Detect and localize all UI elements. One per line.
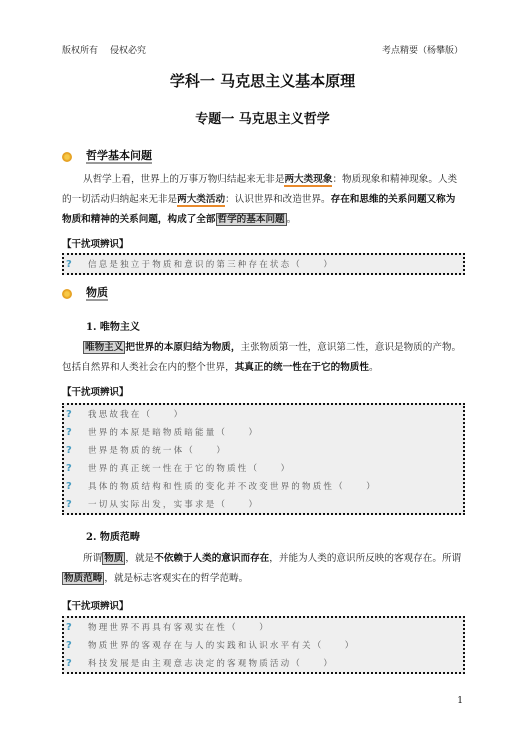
item-text: 科技发展是由主观意志决定的客观物质活动（ ） bbox=[88, 657, 334, 669]
text: 从哲学上看，世界上的万事万物归结起来无非是 bbox=[83, 174, 284, 185]
sun-bullet-icon bbox=[62, 152, 72, 162]
item-text: 物质世界的客观存在与人的实践和认识水平有关（ ） bbox=[88, 639, 356, 651]
document-subtitle: 专题一 马克思主义哲学 bbox=[0, 108, 525, 127]
header-right: 考点精要（杨攀版） bbox=[382, 43, 463, 56]
interference-item: ?信息是独立于物质和意识的第三种存在状态（ ） bbox=[64, 255, 463, 273]
question-mark-icon: ? bbox=[66, 481, 75, 492]
copyright-text: 版权所有 bbox=[62, 46, 98, 56]
item-text: 世界的真正统一性在于它的物质性（ ） bbox=[88, 462, 291, 474]
highlighted-term: 物质 bbox=[102, 552, 125, 565]
interference-label: 【干扰项辨识】 bbox=[62, 236, 129, 250]
interference-item: ?一切从实际出发，实事求是（ ） bbox=[64, 495, 463, 513]
text: ，并能为人类的意识所反映的客观存在。所谓 bbox=[269, 553, 461, 564]
bold-text: 不依赖于人类的意识而存在 bbox=[154, 553, 269, 564]
question-mark-icon: ? bbox=[66, 445, 75, 456]
interference-item: ?物质世界的客观存在与人的实践和认识水平有关（ ） bbox=[64, 636, 463, 654]
question-mark-icon: ? bbox=[66, 463, 75, 474]
bold-text: 其真正的统一性在于它的物质性 bbox=[235, 362, 369, 373]
text: 所谓 bbox=[83, 553, 102, 564]
item-text: 信息是独立于物质和意识的第三种存在状态（ ） bbox=[88, 258, 334, 270]
interference-item: ?具体的物质结构和性质的变化并不改变世界的物质性（ ） bbox=[64, 477, 463, 495]
text: 。 bbox=[287, 214, 297, 225]
paragraph-philosophy-question: 从哲学上看，世界上的万事万物归结起来无非是两大类现象：物质现象和精神现象。人类的… bbox=[62, 170, 464, 230]
text: ：认识世界和改造世界。 bbox=[225, 194, 331, 205]
section-heading-philosophy-question: 哲学基本问题 bbox=[62, 149, 152, 164]
paragraph-materialism: 唯物主义把世界的本原归结为物质，主张物质第一性，意识第二性，意识是物质的产物。包… bbox=[62, 338, 464, 378]
interference-item: ?我思故我在（ ） bbox=[64, 405, 463, 423]
interference-item: ?世界的真正统一性在于它的物质性（ ） bbox=[64, 459, 463, 477]
interference-label: 【干扰项辨识】 bbox=[62, 384, 129, 398]
sun-bullet-icon bbox=[62, 289, 72, 299]
section-heading-label: 哲学基本问题 bbox=[86, 149, 152, 164]
interference-box-1: ?信息是独立于物质和意识的第三种存在状态（ ） bbox=[62, 253, 465, 275]
paragraph-matter-category: 所谓物质，就是不依赖于人类的意识而存在，并能为人类的意识所反映的客观存在。所谓物… bbox=[62, 549, 464, 589]
bold-text: 把世界的本原归结为物质， bbox=[125, 342, 240, 353]
text: ，就是标志客观实在的哲学范畴。 bbox=[104, 573, 248, 584]
item-text: 世界是物质的统一体（ ） bbox=[88, 444, 227, 456]
header-left: 版权所有侵权必究 bbox=[62, 43, 146, 56]
interference-label: 【干扰项辨识】 bbox=[62, 598, 129, 612]
section-heading-label: 物质 bbox=[86, 286, 108, 301]
item-text: 具体的物质结构和性质的变化并不改变世界的物质性（ ） bbox=[88, 480, 377, 492]
rights-text: 侵权必究 bbox=[110, 46, 146, 56]
question-mark-icon: ? bbox=[66, 499, 75, 510]
question-mark-icon: ? bbox=[66, 259, 75, 270]
highlighted-term: 唯物主义 bbox=[83, 341, 125, 354]
question-mark-icon: ? bbox=[66, 640, 75, 651]
question-mark-icon: ? bbox=[66, 409, 75, 420]
interference-item: ?世界的本原是暗物质暗能量（ ） bbox=[64, 423, 463, 441]
subheading-materialism: 1. 唯物主义 bbox=[86, 318, 140, 333]
question-mark-icon: ? bbox=[66, 658, 75, 669]
interference-item: ?科技发展是由主观意志决定的客观物质活动（ ） bbox=[64, 654, 463, 672]
item-text: 物理世界不再具有客观实在性（ ） bbox=[88, 621, 270, 633]
text: ，就是 bbox=[125, 553, 154, 564]
page-number: 1 bbox=[457, 696, 463, 706]
interference-box-2: ?我思故我在（ ） ?世界的本原是暗物质暗能量（ ） ?世界是物质的统一体（ ）… bbox=[62, 403, 465, 515]
item-text: 一切从实际出发，实事求是（ ） bbox=[88, 498, 259, 510]
section-heading-matter: 物质 bbox=[62, 286, 108, 301]
interference-item: ?物理世界不再具有客观实在性（ ） bbox=[64, 618, 463, 636]
item-text: 我思故我在（ ） bbox=[88, 408, 184, 420]
subheading-matter-category: 2. 物质范畴 bbox=[86, 528, 140, 543]
highlighted-term: 物质范畴 bbox=[62, 572, 104, 585]
underlined-term: 两大类活动 bbox=[177, 194, 225, 207]
document-title: 学科一 马克思主义基本原理 bbox=[0, 70, 525, 91]
underlined-term: 两大类现象 bbox=[284, 174, 332, 187]
highlighted-term: 哲学的基本问题 bbox=[216, 213, 287, 226]
item-text: 世界的本原是暗物质暗能量（ ） bbox=[88, 426, 259, 438]
question-mark-icon: ? bbox=[66, 622, 75, 633]
text: 。 bbox=[369, 362, 379, 373]
question-mark-icon: ? bbox=[66, 427, 75, 438]
interference-box-3: ?物理世界不再具有客观实在性（ ） ?物质世界的客观存在与人的实践和认识水平有关… bbox=[62, 616, 465, 674]
interference-item: ?世界是物质的统一体（ ） bbox=[64, 441, 463, 459]
